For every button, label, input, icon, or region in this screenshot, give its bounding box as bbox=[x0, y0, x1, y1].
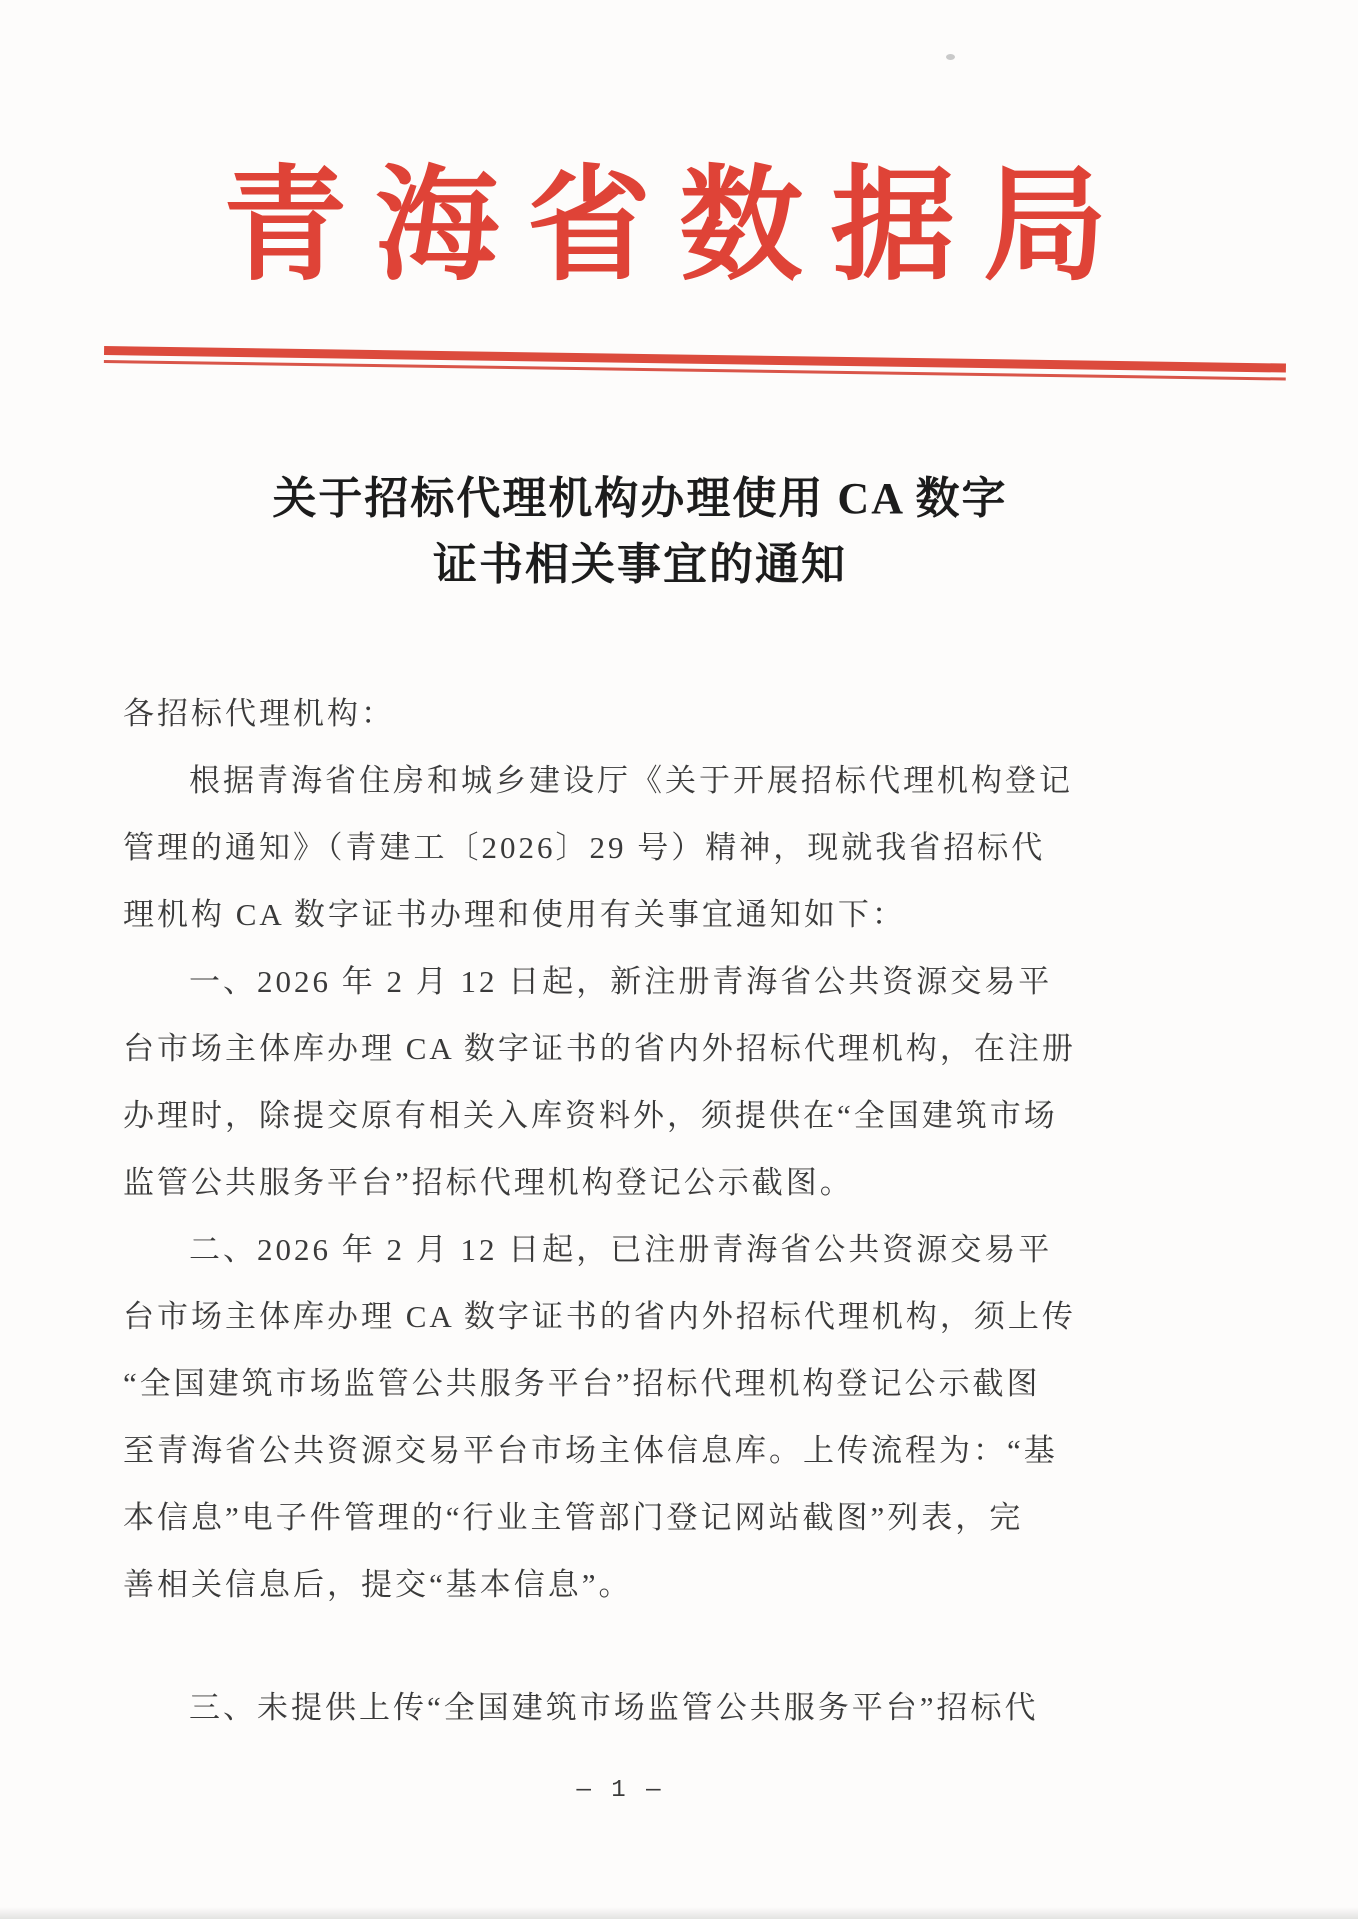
body-line: 本信息”电子件管理的“行业主管部门登记网站截图”列表，完 bbox=[123, 1484, 1133, 1551]
body-line: 办理时，除提交原有相关入库资料外，须提供在“全国建筑市场 bbox=[123, 1082, 1133, 1149]
page-number: — 1 — bbox=[0, 1776, 1240, 1806]
body-line: 理机构 CA 数字证书办理和使用有关事宜通知如下： bbox=[123, 881, 1133, 948]
document-title: 关于招标代理机构办理使用 CA 数字 证书相关事宜的通知 bbox=[125, 466, 1155, 598]
body-line: 台市场主体库办理 CA 数字证书的省内外招标代理机构，须上传 bbox=[123, 1283, 1133, 1350]
agency-letterhead: 青海省数据局 bbox=[0, 146, 1358, 307]
body-line: 根据青海省住房和城乡建设厅《关于开展招标代理机构登记 bbox=[123, 747, 1133, 814]
document-title-line-2: 证书相关事宜的通知 bbox=[125, 532, 1155, 598]
document-title-line-1: 关于招标代理机构办理使用 CA 数字 bbox=[125, 466, 1155, 532]
body-line: 监管公共服务平台”招标代理机构登记公示截图。 bbox=[123, 1149, 1133, 1216]
body-line: 各招标代理机构： bbox=[123, 680, 1133, 747]
body-line: 善相关信息后，提交“基本信息”。 bbox=[123, 1551, 1133, 1618]
scan-artifact-speck bbox=[946, 54, 955, 60]
body-line: 至青海省公共资源交易平台市场主体信息库。上传流程为：“基 bbox=[123, 1417, 1133, 1484]
body-line: “全国建筑市场监管公共服务平台”招标代理机构登记公示截图 bbox=[123, 1350, 1133, 1417]
letterhead-divider bbox=[104, 346, 1286, 381]
body-line: 二、2026 年 2 月 12 日起，已注册青海省公共资源交易平 bbox=[123, 1216, 1133, 1283]
body-line: 一、2026 年 2 月 12 日起，新注册青海省公共资源交易平 bbox=[123, 948, 1133, 1015]
body-line: 三、未提供上传“全国建筑市场监管公共服务平台”招标代 bbox=[123, 1674, 1133, 1741]
body-line: 台市场主体库办理 CA 数字证书的省内外招标代理机构，在注册 bbox=[123, 1015, 1133, 1082]
body-line: 管理的通知》（青建工〔2026〕29 号）精神，现就我省招标代 bbox=[123, 814, 1133, 881]
document-body: 各招标代理机构： 根据青海省住房和城乡建设厅《关于开展招标代理机构登记 管理的通… bbox=[123, 680, 1133, 1741]
document-page: 青海省数据局 关于招标代理机构办理使用 CA 数字 证书相关事宜的通知 各招标代… bbox=[0, 0, 1358, 1919]
